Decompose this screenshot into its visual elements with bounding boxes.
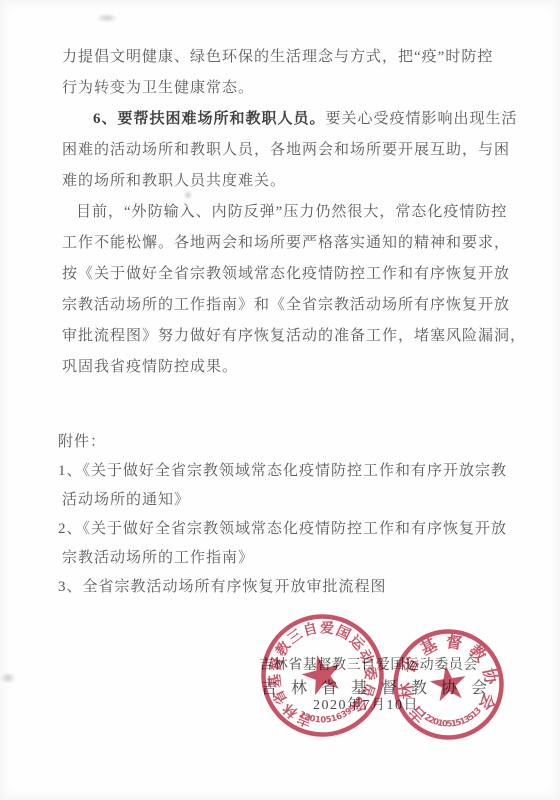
seal-number-digit: 2 <box>302 712 311 723</box>
seal-number-digit: 2 <box>422 712 432 724</box>
seal-number-digit: 1 <box>469 708 480 719</box>
seal-number-digit: 0 <box>320 715 326 725</box>
scan-smudge <box>0 672 16 684</box>
seal-ring-character: 督 <box>444 632 462 652</box>
text-segment: 活动场所的通知》 <box>62 492 190 508</box>
scan-smudge <box>183 190 193 200</box>
document-line: 工作不能松懈。各地两会和场所要严格落实通知的精神和要求， <box>62 228 526 259</box>
seal-number-digit: 1 <box>329 713 337 724</box>
attachment-line: 活动场所的通知》 <box>58 486 507 515</box>
seal-number-digit: 0 <box>441 719 448 730</box>
scanned-document-page: 力提倡文明健康、绿色环保的生活理念与方式，把“疫”时防控行为转变为卫生健康常态。… <box>0 0 560 800</box>
seal-ring-character: 吉 <box>295 709 314 730</box>
seal-ring-character: 林 <box>278 698 301 721</box>
seal-number-digit: 5 <box>465 711 476 723</box>
text-segment: 1、《关于做好全省宗教领域常态化疫情防控工作和有序开放宗教 <box>58 463 507 479</box>
seal-number-digit: 1 <box>458 715 467 726</box>
seal-ring-character: 三 <box>284 626 305 647</box>
seal-number-digit: 3 <box>462 713 472 725</box>
text-segment: 附件： <box>58 434 106 450</box>
seal-ring-character: 运 <box>345 632 367 654</box>
seal-ring-character: 自 <box>301 619 319 639</box>
text-segment: 3、全省宗教活动场所有序恢复开放审批流程图 <box>58 579 387 595</box>
document-line: 行为转变为卫生健康常态。 <box>62 73 526 104</box>
document-body-text: 力提倡文明健康、绿色环保的生活理念与方式，把“疫”时防控行为转变为卫生健康常态。… <box>62 42 526 383</box>
seal-number-digit: 0 <box>431 716 440 727</box>
seal-number-digit: 0 <box>308 713 316 724</box>
document-line: 困难的活动场所和教职人员，各地两会和场所要开展互助，与困 <box>62 135 526 166</box>
text-segment: 困难的活动场所和教职人员，各地两会和场所要开展互助，与困 <box>62 142 510 158</box>
document-line: 审批流程图》努力做好有序恢复活动的准备工作，堵塞风险漏洞， <box>62 321 526 352</box>
seal-ring-character: 爱 <box>318 618 335 636</box>
text-segment: 难的场所和教职人员共度难关。 <box>62 173 286 189</box>
text-segment: 按《关于做好全省宗教领域常态化疫情防控工作和有序恢复开放 <box>62 266 510 282</box>
document-line: 6、要帮扶困难场所和教职人员。要关心受疫情影响出现生活 <box>62 104 526 135</box>
document-line: 力提倡文明健康、绿色环保的生活理念与方式，把“疫”时防控 <box>62 42 526 73</box>
bold-text-segment: 6、要帮扶困难场所和教职人员。 <box>93 111 326 127</box>
seal-number-digit: 5 <box>446 719 452 729</box>
attachment-line: 3、全省宗教活动场所有序恢复开放审批流程图 <box>58 573 507 602</box>
text-segment: 目前，“外防输入、内防反弹”压力仍然很大，常态化疫情防控 <box>76 204 507 220</box>
attachment-line: 宗教活动场所的工作指南》 <box>58 544 507 573</box>
seal-number-digit: 5 <box>454 717 462 728</box>
text-segment: 审批流程图》努力做好有序恢复活动的准备工作，堵塞风险漏洞， <box>62 328 526 344</box>
document-line: 难的场所和教职人员共度难关。 <box>62 166 526 197</box>
text-segment: 2、《关于做好全省宗教领域常态化疫情防控工作和有序恢复开放 <box>58 521 507 537</box>
seal-number-digit: 5 <box>325 714 332 725</box>
scan-smudge <box>96 13 118 23</box>
attachment-line: 1、《关于做好全省宗教领域常态化疫情防控工作和有序开放宗教 <box>58 457 507 486</box>
document-line: 目前，“外防输入、内防反弹”压力仍然很大，常态化疫情防控 <box>62 197 526 228</box>
seal-number-digit: 2 <box>426 714 436 726</box>
document-line: 按《关于做好全省宗教领域常态化疫情防控工作和有序恢复开放 <box>62 259 526 290</box>
seal-number-digit: 1 <box>314 714 321 725</box>
text-segment: 要关心受疫情影响出现生活 <box>326 111 518 127</box>
signature-date: 2020年7月10日 <box>313 694 419 714</box>
text-segment: 行为转变为卫生健康常态。 <box>62 80 254 96</box>
seal-number-digit: 3 <box>472 705 483 716</box>
attachment-line: 2、《关于做好全省宗教领域常态化疫情防控工作和有序恢复开放 <box>58 515 507 544</box>
text-segment: 力提倡文明健康、绿色环保的生活理念与方式，把“疫”时防控 <box>62 49 493 65</box>
text-segment: 宗教活动场所的工作指南》 <box>62 550 254 566</box>
document-line: 宗教活动场所的工作指南》和《全省宗教活动场所有序恢复开放 <box>62 290 526 321</box>
text-segment: 工作不能松懈。各地两会和场所要严格落实通知的精神和要求， <box>62 235 510 251</box>
seal-number-digit: 2 <box>297 709 307 721</box>
seal-ring-character: 国 <box>333 622 353 643</box>
signature-org-line1: 吉林省基督教三自爱国运动委员会 <box>259 654 478 674</box>
attachments-list: 附件：1、《关于做好全省宗教领域常态化疫情防控工作和有序开放宗教活动场所的通知》… <box>58 428 507 602</box>
document-line: 巩固我省疫情防控成果。 <box>62 352 526 383</box>
attachment-line: 附件： <box>58 428 507 457</box>
text-segment: 宗教活动场所的工作指南》和《全省宗教活动场所有序恢复开放 <box>62 297 510 313</box>
text-segment: 巩固我省疫情防控成果。 <box>62 359 238 375</box>
seal-number-digit: 1 <box>436 718 444 729</box>
seal-number-digit: 1 <box>450 718 457 729</box>
